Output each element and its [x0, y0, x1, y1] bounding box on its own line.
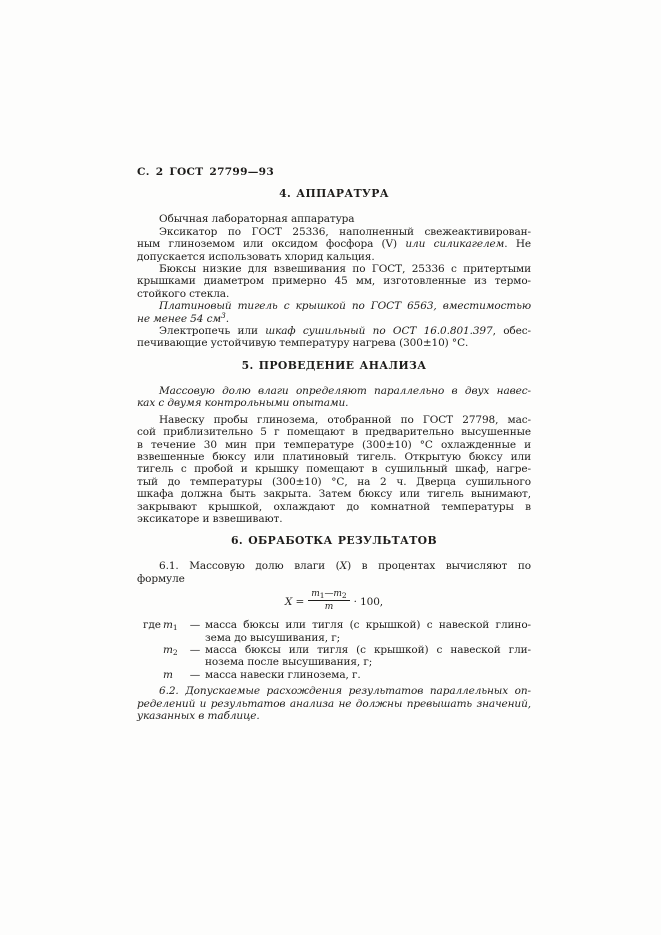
definition-term: m: [163, 669, 185, 681]
document-body: 4. АППАРАТУРАОбычная лабораторная аппара…: [137, 188, 531, 722]
text-line: эксикаторе и взвешивают.: [137, 513, 531, 525]
fraction: m1—m2m: [308, 589, 349, 612]
text-line: в течение 30 мин при температуре (300±10…: [137, 439, 531, 451]
paragraph: Навеску пробы глинозема, отобранной по Г…: [137, 414, 531, 526]
text-line: зема до высушивания, г;: [205, 632, 531, 644]
definition-dash: —: [185, 619, 205, 644]
formula-rhs: · 100,: [354, 596, 383, 608]
text-line: закрывают крышкой, охлаждают до комнатно…: [137, 501, 531, 513]
section-heading: 5. ПРОВЕДЕНИЕ АНАЛИЗА: [137, 360, 531, 372]
definition-row: гдеm1—масса бюксы или тигля (с крышкой) …: [137, 619, 531, 644]
text-line: Обычная лабораторная аппаратура: [137, 213, 531, 225]
paragraph: Платиновый тигель с крышкой по ГОСТ 6563…: [137, 300, 531, 325]
paragraph: 6.1. Массовую долю влаги (X) в процентах…: [137, 560, 531, 585]
section-heading: 6. ОБРАБОТКА РЕЗУЛЬТАТОВ: [137, 535, 531, 547]
text-line: ках с двумя контрольными опытами.: [137, 397, 531, 409]
text-line: Бюксы низкие для взвешивания по ГОСТ, 25…: [137, 263, 531, 275]
definition-list: гдеm1—масса бюксы или тигля (с крышкой) …: [137, 619, 531, 681]
text-line: Эксикатор по ГОСТ 25336, наполненный све…: [137, 226, 531, 238]
paragraph: Эксикатор по ГОСТ 25336, наполненный све…: [137, 226, 531, 263]
definition-description: масса бюксы или тигля (с крышкой) с наве…: [205, 644, 531, 669]
text-line: Массовую долю влаги определяют параллель…: [137, 385, 531, 397]
text-line: взвешенные бюксу или платиновый тигель. …: [137, 451, 531, 463]
text-line: 6.2. Допускаемые расхождения результатов…: [137, 685, 531, 697]
paragraph: Бюксы низкие для взвешивания по ГОСТ, 25…: [137, 263, 531, 300]
text-line: ным глиноземом или оксидом фосфора (V) и…: [137, 238, 531, 250]
text-line: масса бюксы или тигля (с крышкой) с наве…: [205, 619, 531, 631]
text-line: крышками диаметром примерно 45 мм, изгот…: [137, 275, 531, 287]
definition-prefix: где: [137, 619, 163, 644]
formula-lhs: X =: [285, 596, 304, 608]
definition-prefix: [137, 669, 163, 681]
text-line: не менее 54 см3.: [137, 313, 531, 325]
paragraph: Электропечь или шкаф сушильный по ОСТ 16…: [137, 325, 531, 350]
text-line: шкафа должна быть закрыта. Затем бюксу и…: [137, 488, 531, 500]
text-line: масса навески глинозема, г.: [205, 669, 531, 681]
document-page: С. 2 ГОСТ 27799—93 4. АППАРАТУРАОбычная …: [0, 0, 661, 935]
text-line: нозема после высушивания, г;: [205, 656, 531, 668]
text-line: ределений и результатов анализа не должн…: [137, 698, 531, 710]
text-line: 6.1. Массовую долю влаги (X) в процентах…: [137, 560, 531, 572]
text-line: тый до температуры (300±10) °С, на 2 ч. …: [137, 476, 531, 488]
text-line: тигель с пробой и крышку помещают в суши…: [137, 463, 531, 475]
text-line: Платиновый тигель с крышкой по ГОСТ 6563…: [137, 300, 531, 312]
paragraph: 6.2. Допускаемые расхождения результатов…: [137, 685, 531, 722]
definition-row: m—масса навески глинозема, г.: [137, 669, 531, 681]
definition-description: масса бюксы или тигля (с крышкой) с наве…: [205, 619, 531, 644]
text-line: сой приблизительно 5 г помещают в предва…: [137, 426, 531, 438]
definition-term: m2: [163, 644, 185, 669]
definition-description: масса навески глинозема, г.: [205, 669, 531, 681]
definition-dash: —: [185, 644, 205, 669]
text-line: формуле: [137, 573, 531, 585]
text-line: масса бюксы или тигля (с крышкой) с наве…: [205, 644, 531, 656]
text-line: допускается использовать хлорид кальция.: [137, 251, 531, 263]
fraction-numerator: m1—m2: [308, 589, 349, 601]
paragraph: Массовую долю влаги определяют параллель…: [137, 385, 531, 410]
paragraph: Обычная лабораторная аппаратура: [137, 213, 531, 225]
formula: X =m1—m2m· 100,: [137, 589, 531, 614]
running-header: С. 2 ГОСТ 27799—93: [137, 166, 531, 178]
definition-dash: —: [185, 669, 205, 681]
text-line: Электропечь или шкаф сушильный по ОСТ 16…: [137, 325, 531, 337]
text-line: стойкого стекла.: [137, 288, 531, 300]
text-line: указанных в таблице.: [137, 710, 531, 722]
definition-term: m1: [163, 619, 185, 644]
section-heading: 4. АППАРАТУРА: [137, 188, 531, 200]
definition-prefix: [137, 644, 163, 669]
definition-row: m2—масса бюксы или тигля (с крышкой) с н…: [137, 644, 531, 669]
text-line: печивающие устойчивую температуру нагрев…: [137, 337, 531, 349]
fraction-denominator: m: [308, 601, 349, 612]
text-line: Навеску пробы глинозема, отобранной по Г…: [137, 414, 531, 426]
page-content: С. 2 ГОСТ 27799—93 4. АППАРАТУРАОбычная …: [137, 166, 531, 722]
